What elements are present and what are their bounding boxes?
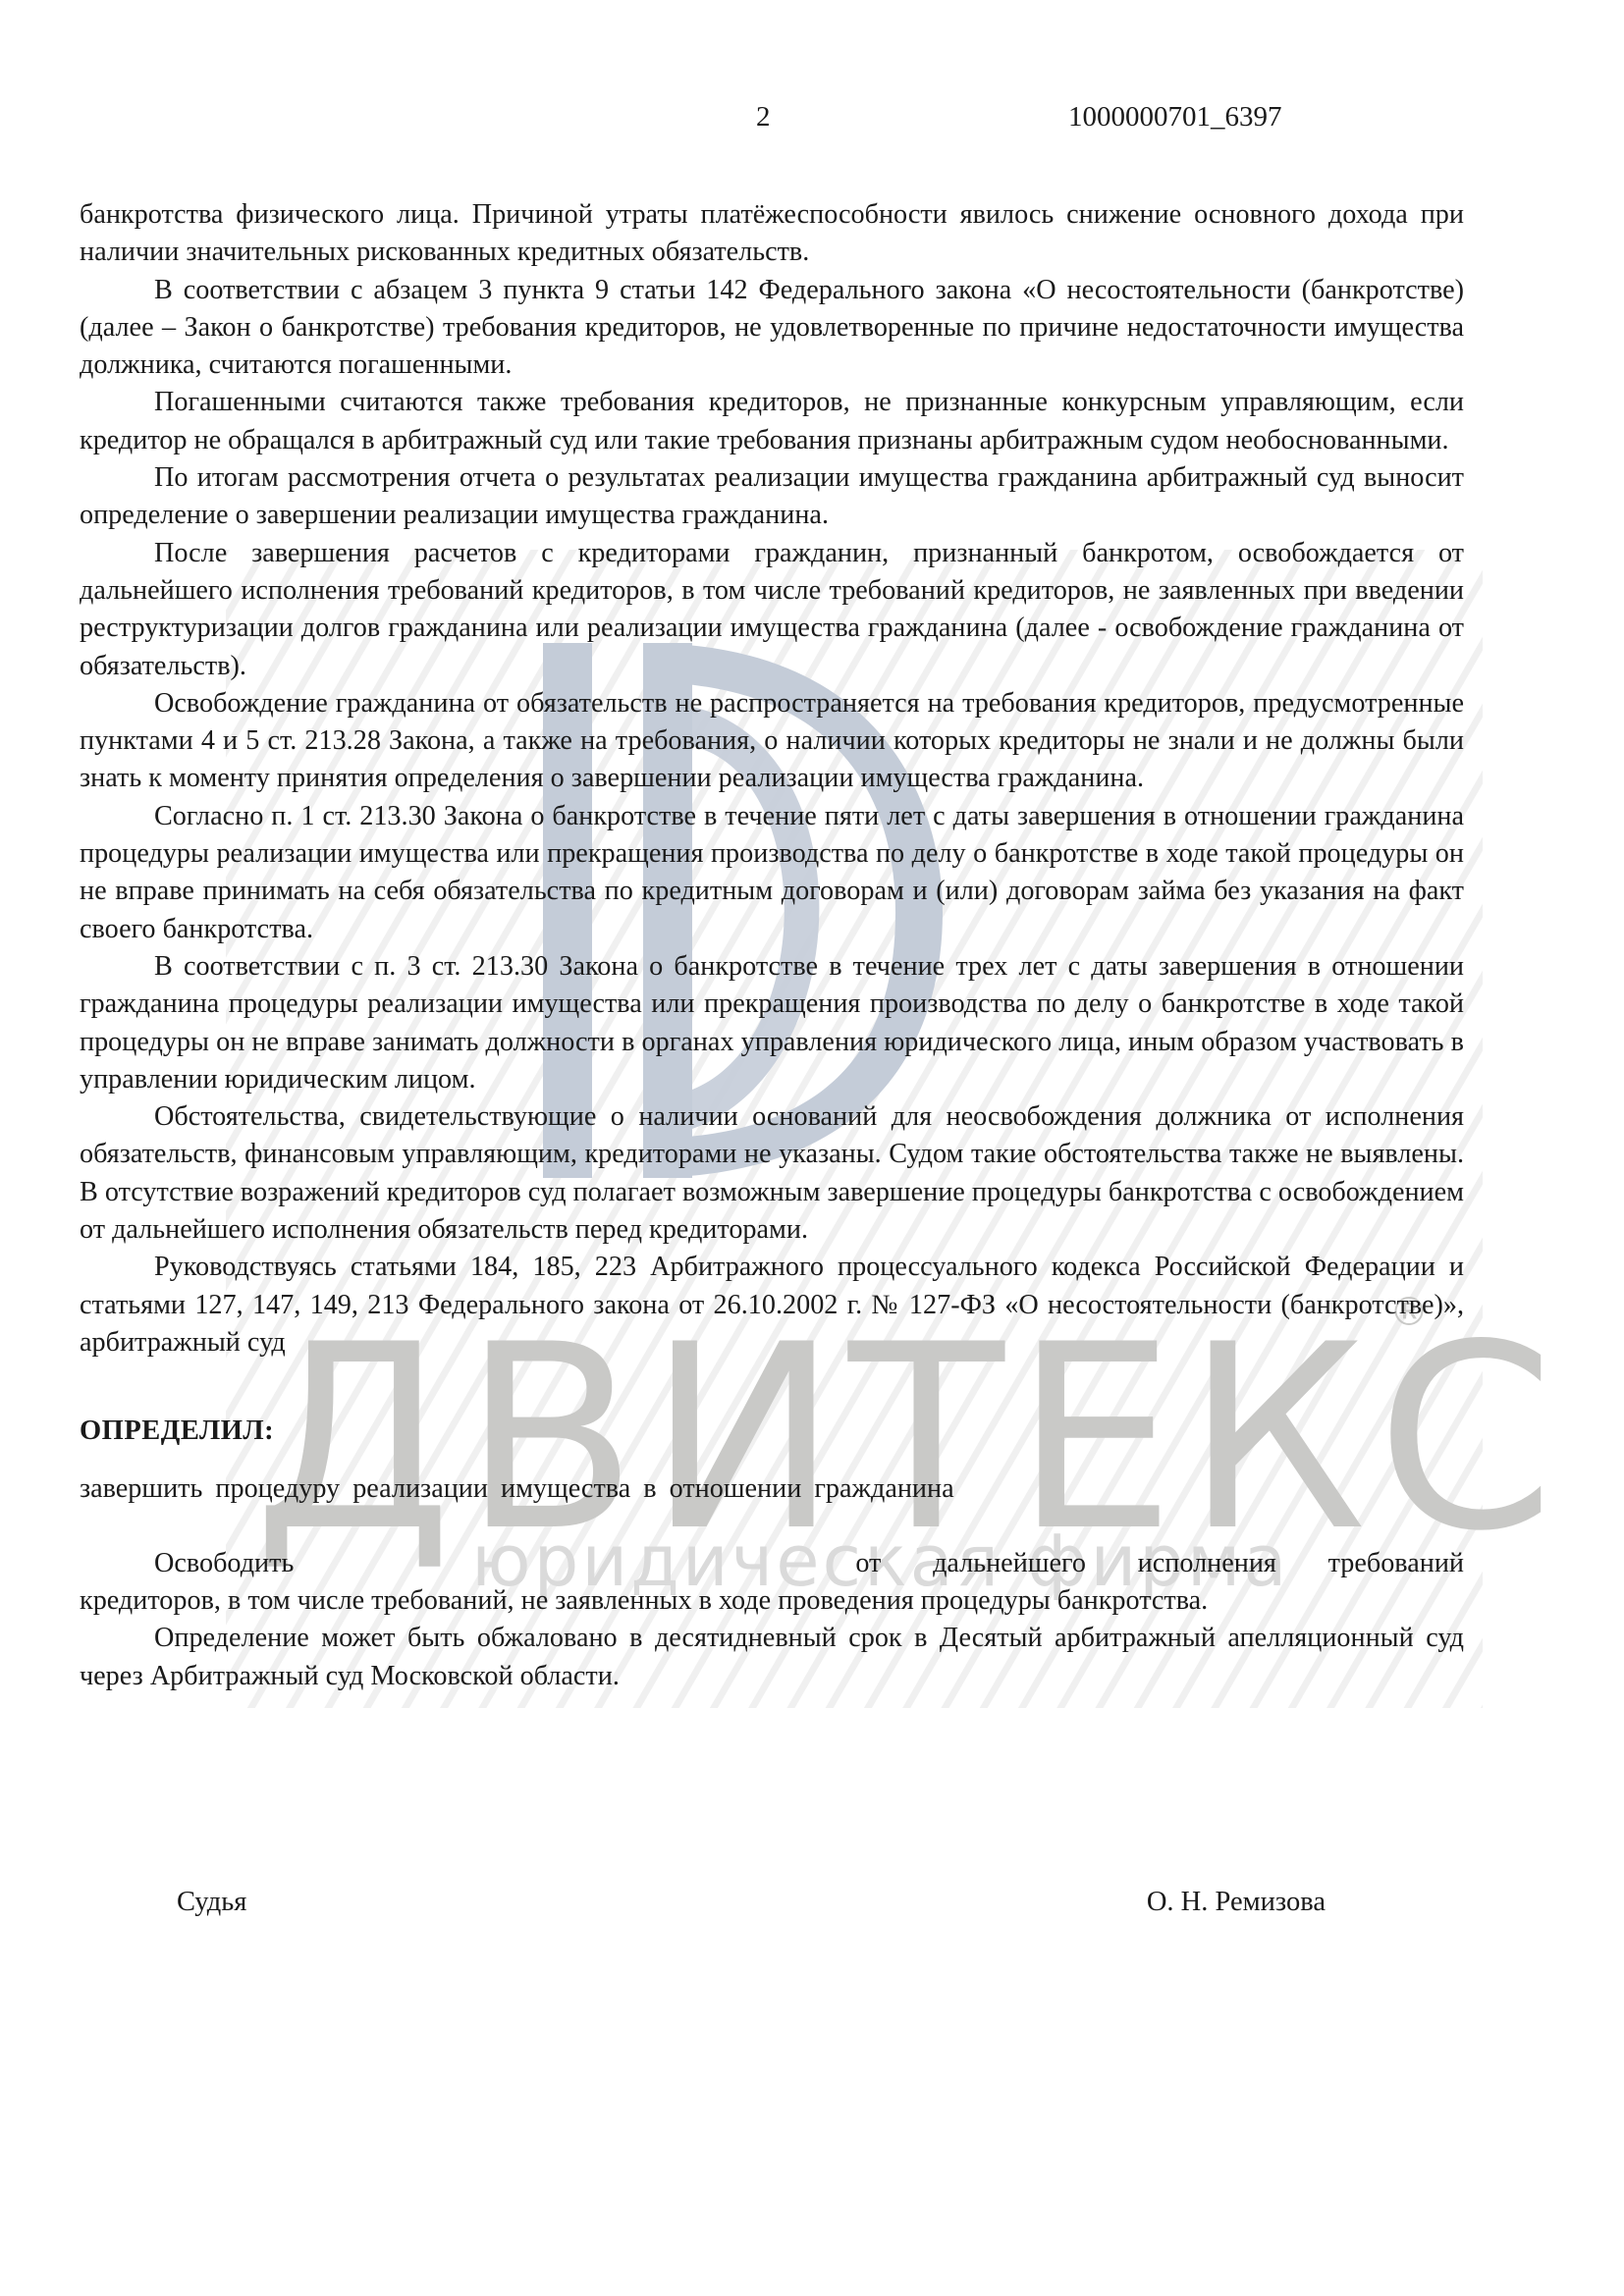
document-body: банкротства физического лица. Причиной у… (80, 196, 1464, 1695)
release-start: Освободить (154, 1548, 294, 1578)
paragraph: Погашенными считаются также требования к… (80, 384, 1464, 459)
appeal-notice: Определение может быть обжаловано в деся… (80, 1620, 1464, 1695)
paragraph: После завершения расчетов с кредиторами … (80, 535, 1464, 685)
paragraph: Освобождение гражданина от обязательств … (80, 685, 1464, 798)
page-number: 2 (756, 101, 771, 133)
ruling-heading: ОПРЕДЕЛИЛ: (80, 1413, 1464, 1450)
judge-name: О. Н. Ремизова (1147, 1887, 1326, 1918)
paragraph: Согласно п. 1 ст. 213.30 Закона о банкро… (80, 798, 1464, 948)
paragraph: Руководствуясь статьями 184, 185, 223 Ар… (80, 1249, 1464, 1362)
paragraph: По итогам рассмотрения отчета о результа… (80, 459, 1464, 535)
ruling-complete-procedure: завершить процедуру реализации имущества… (80, 1470, 1464, 1508)
ruling-release: Освободитьот дальнейшего исполнения треб… (80, 1545, 1464, 1621)
paragraph: В соответствии с п. 3 ст. 213.30 Закона … (80, 948, 1464, 1098)
signature-title: Судья (177, 1887, 246, 1918)
paragraph: В соответствии с абзацем 3 пункта 9 стат… (80, 272, 1464, 385)
paragraph: Обстоятельства, свидетельствующие о нали… (80, 1098, 1464, 1249)
document-id: 1000000701_6397 (1068, 101, 1282, 133)
paragraph: банкротства физического лица. Причиной у… (80, 196, 1464, 272)
